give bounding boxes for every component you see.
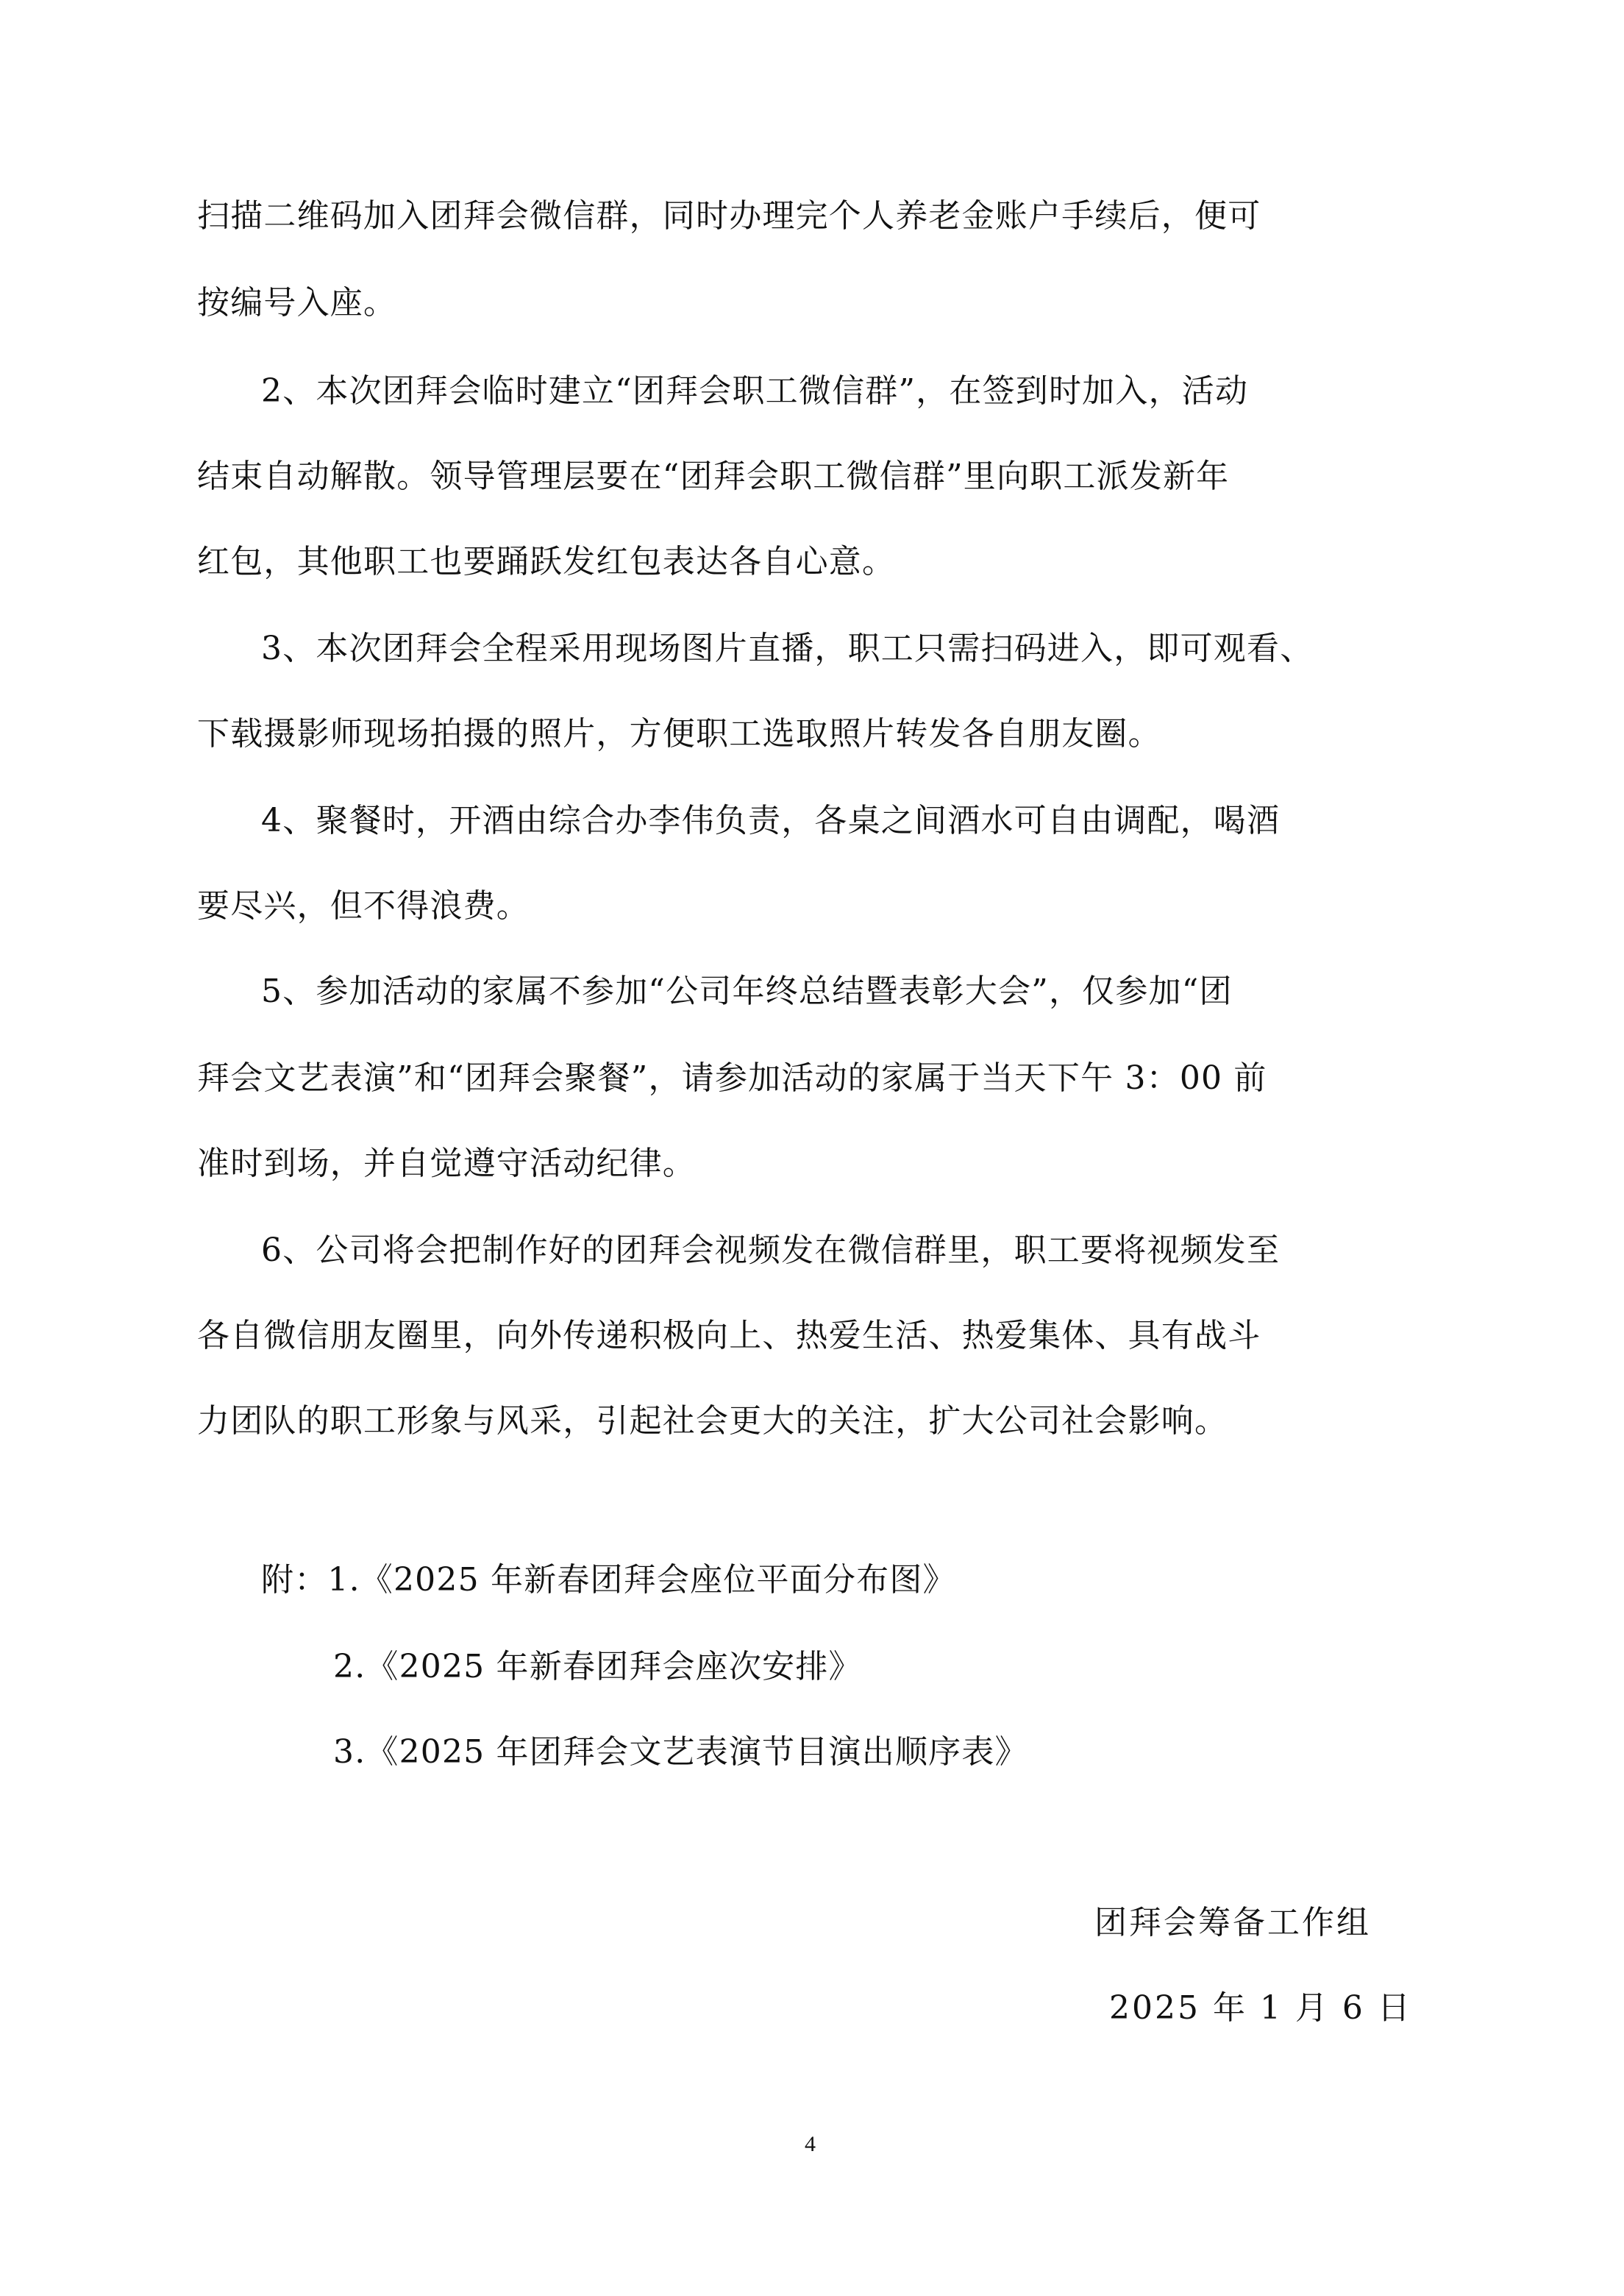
list-item-2-line: 红包，其他职工也要踊跃发红包表达各自心意。 [197, 540, 895, 584]
list-item-5-line: 准时到场，并自觉遵守活动纪律。 [197, 1142, 696, 1186]
attachment-item-1: 1.《2025 年新春团拜会座位平面分布图》 [327, 1561, 955, 1599]
paragraph-line: 扫描二维码加入团拜会微信群，同时办理完个人养老金账户手续后，便可 [197, 194, 1261, 238]
attachment-item-3: 3.《2025 年团拜会文艺表演节目演出顺序表》 [333, 1730, 1028, 1774]
document-page: 扫描二维码加入团拜会微信群，同时办理完个人养老金账户手续后，便可 按编号入座。 … [0, 0, 1624, 2296]
list-item-5-line: 5、参加活动的家属不参加“公司年终总结暨表彰大会”，仅参加“团 [261, 970, 1233, 1014]
page-number: 4 [805, 2130, 816, 2159]
attachments-block: 附：1.《2025 年新春团拜会座位平面分布图》 [261, 1558, 956, 1602]
list-item-4-line: 要尽兴，但不得浪费。 [197, 884, 530, 928]
signature-organization: 团拜会筹备工作组 [1094, 1901, 1371, 1945]
list-item-4-line: 4、聚餐时，开酒由综合办李伟负责，各桌之间酒水可自由调配，喝酒 [261, 799, 1280, 843]
signature-date: 2025 年 1 月 6 日 [1109, 1986, 1412, 2030]
attachment-item-2: 2.《2025 年新春团拜会座次安排》 [333, 1645, 862, 1689]
list-item-2-line: 2、本次团拜会临时建立“团拜会职工微信群”，在签到时加入，活动 [261, 369, 1248, 413]
list-item-6-line: 力团队的职工形象与风采，引起社会更大的关注，扩大公司社会影响。 [197, 1399, 1228, 1443]
list-item-6-line: 各自微信朋友圈里，向外传递积极向上、热爱生活、热爱集体、具有战斗 [197, 1314, 1261, 1358]
list-item-6-line: 6、公司将会把制作好的团拜会视频发在微信群里，职工要将视频发至 [261, 1229, 1280, 1273]
list-item-3-line: 下载摄影师现场拍摄的照片，方便职工选取照片转发各自朋友圈。 [197, 712, 1161, 756]
list-item-3-line: 3、本次团拜会全程采用现场图片直播，职工只需扫码进入，即可观看、 [261, 627, 1313, 671]
list-item-2-line: 结束自动解散。领导管理层要在“团拜会职工微信群”里向职工派发新年 [197, 455, 1229, 499]
list-item-5-line: 拜会文艺表演”和“团拜会聚餐”，请参加活动的家属于当天下午 3：00 前 [197, 1056, 1267, 1101]
paragraph-line: 按编号入座。 [197, 281, 396, 325]
attachments-label: 附： [261, 1561, 327, 1599]
